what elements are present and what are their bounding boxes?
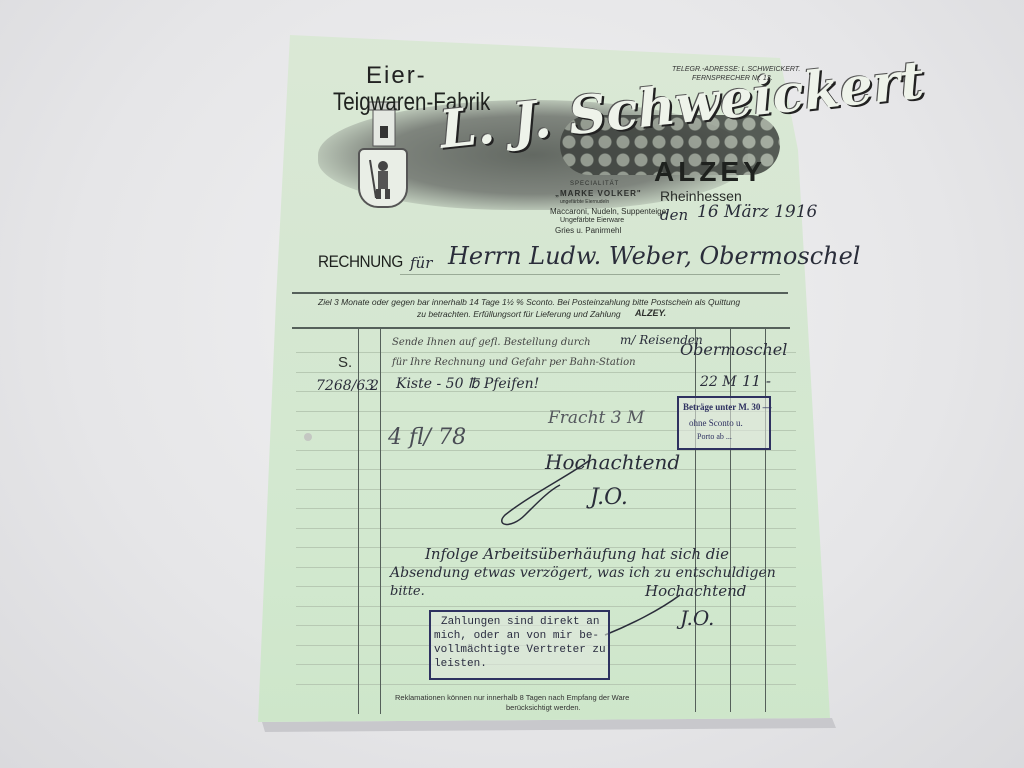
telegram-address: TELEGR.-ADRESSE: L.SCHWEICKERT. [672, 66, 800, 73]
column-divider-2 [380, 329, 381, 714]
invoice-recipient: Herrn Ludw. Weber, Obermoschel [448, 242, 860, 270]
item-description: Kiste - 50 ℔ Pfeifen! [396, 376, 539, 392]
printed-station-line: für Ihre Rechnung und Gefahr per Bahn-St… [392, 357, 636, 368]
specialty-brand: „MARKE VOLKER" [555, 189, 642, 198]
payment-terms-line2: zu betrachten. Erfüllungsort für Lieferu… [417, 309, 621, 319]
item-quantity: 2 [370, 378, 379, 394]
item-price-cents: 11 - [742, 372, 771, 390]
discount-stamp-line1: Beträge unter M. 30 — [683, 402, 772, 412]
payment-stamp-line2: mich, oder an von mir be- [434, 630, 599, 642]
payment-stamp-line4: leisten. [434, 658, 487, 670]
note-line3: bitte. [390, 584, 425, 599]
payment-stamp-line1: Zahlungen sind direkt an [441, 616, 599, 628]
handwritten-station: Obermoschel [680, 340, 787, 359]
company-city: ALZEY [654, 156, 766, 188]
item-price: 22 M [700, 374, 737, 390]
column-marker: S. [338, 354, 352, 371]
specialty-sub: ungefärbte Eiernudeln [560, 199, 609, 205]
products-line3: Gries u. Panirmehl [555, 226, 621, 235]
freight-note: Fracht 3 M [548, 408, 644, 428]
invoice-title: RECHNUNG [318, 252, 403, 272]
ruled-line [296, 606, 796, 607]
punch-hole [304, 433, 312, 441]
left-margin-note: 4 fl/ 78 [388, 425, 466, 450]
date-prefix: den [660, 206, 688, 224]
coat-of-arms-icon [358, 148, 408, 208]
payment-terms-place: ALZEY. [635, 308, 666, 318]
ruled-line [296, 684, 796, 685]
products-line1: Maccaroni, Nudeln, Suppenteige [550, 207, 666, 216]
header-rule [292, 292, 788, 294]
note-line1: Infolge Arbeitsüberhäufung hat sich die [425, 545, 729, 563]
telephone-number: FERNSPRECHER Nr. 13. [692, 75, 773, 82]
footer-line2: berücksichtigt werden. [506, 703, 581, 712]
letterhead-line1: Eier- [366, 62, 427, 90]
ruled-line [296, 372, 796, 373]
invoice-for-label: für [410, 254, 432, 272]
payment-stamp-line3: vollmächtigte Vertreter zu [434, 644, 606, 656]
note-line2: Absendung etwas verzögert, was ich zu en… [390, 565, 776, 581]
payment-terms-line1: Ziel 3 Monate oder gegen bar innerhalb 1… [318, 297, 740, 307]
signature-flourish-1 [490, 455, 610, 530]
recipient-underline [400, 274, 780, 275]
signature-flourish-2 [600, 590, 690, 640]
payment-stamp: Zahlungen sind direkt an mich, oder an v… [429, 610, 610, 680]
printed-order-line: Sende Ihnen auf gefl. Bestellung durch [392, 337, 591, 348]
date-handwritten: 16 März 1916 [697, 202, 817, 222]
products-line2: Ungefärbte Eierware [560, 217, 624, 224]
discount-stamp-line3: Porto ab ... [697, 432, 732, 441]
discount-stamp: Beträge unter M. 30 — ohne Sconto u. Por… [677, 396, 771, 450]
invoice-document: Eier- Teigwaren-Fabrik L. J. Schweickert… [0, 0, 1024, 768]
discount-stamp-line2: ohne Sconto u. [689, 418, 743, 428]
footer-line1: Reklamationen können nur innerhalb 8 Tag… [395, 693, 629, 702]
table-top-rule [292, 327, 790, 329]
item-reference: 7268/63 [316, 378, 374, 394]
specialty-label: SPECIALITÄT [570, 181, 619, 187]
column-divider-3 [695, 329, 696, 712]
